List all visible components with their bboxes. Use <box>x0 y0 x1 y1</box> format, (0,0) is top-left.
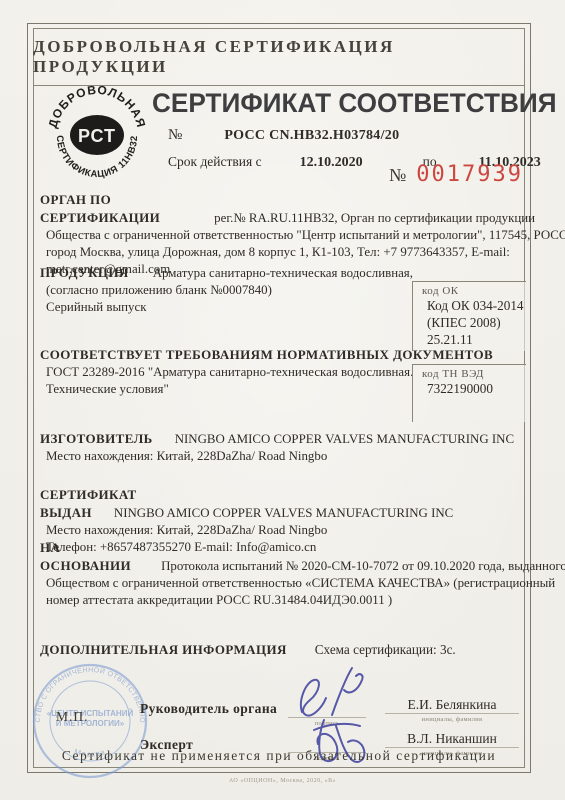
certificate-number-value: РОСС CN.HB32.H03784/20 <box>224 128 399 143</box>
compliance-label: СООТВЕТСТВУЕТ ТРЕБОВАНИЯМ НОРМАТИВНЫХ ДО… <box>40 347 493 362</box>
certificate-title: СЕРТИФИКАТ СООТВЕТСТВИЯ <box>152 88 516 119</box>
certification-body-label: ОРГАН ПО СЕРТИФИКАЦИИ <box>40 192 160 225</box>
tnved-code-label: код ТН ВЭД <box>422 368 526 380</box>
blank-serial-row: №0017939 <box>389 162 523 187</box>
logo-mark-text: РСТ <box>78 126 116 146</box>
ok-code-box: код ОК Код ОК 034-2014 (КПЕС 2008) 25.21… <box>412 281 526 351</box>
head-signature-flourish <box>332 668 363 715</box>
basis-protocol: Протокола испытаний № 2020-СМ-10-7072 от… <box>161 559 565 573</box>
tnved-code-value: 7322190000 <box>422 380 526 397</box>
certificate-number-row: №РОСС CN.HB32.H03784/20 <box>168 127 399 144</box>
basis-line: Обществом с ограниченной ответственность… <box>40 575 528 592</box>
basis-label: НА ОСНОВАНИИ <box>40 540 131 573</box>
issued-to-name: NINGBO AMICO COPPER VALVES MANUFACTURING… <box>114 506 453 520</box>
stamp-place-label: М.П. <box>56 709 89 725</box>
certification-body-reg: рег.№ RA.RU.11НВ32, Орган по сертификаци… <box>214 211 535 225</box>
expert-name-line <box>385 734 519 748</box>
certificate-page: ДОБРОВОЛЬНАЯ СЕРТИФИКАЦИЯ ПРОДУКЦИИ ДОБР… <box>0 0 565 800</box>
valid-from-date: 12.10.2020 <box>300 155 363 170</box>
manufacturer-label: ИЗГОТОВИТЕЛЬ <box>40 431 153 446</box>
section-additional-info: ДОПОЛНИТЕЛЬНАЯ ИНФОРМАЦИЯСхема сертифика… <box>40 641 528 659</box>
validity-label: Срок действия с <box>168 154 262 169</box>
head-name-line <box>385 700 519 714</box>
head-signature-stroke <box>301 680 326 716</box>
section-basis: НА ОСНОВАНИИПротокола испытаний № 2020-С… <box>40 539 528 609</box>
certification-body-line: Общества с ограниченной ответственностью… <box>40 227 528 244</box>
banner-title: ДОБРОВОЛЬНАЯ СЕРТИФИКАЦИЯ ПРОДУКЦИИ <box>33 28 525 85</box>
footer-note: Сертификат не применяется при обязательн… <box>33 748 525 764</box>
head-role-label: Руководитель органа <box>140 701 277 717</box>
product-name: Арматура санитарно-техническая водосливн… <box>153 266 413 280</box>
issued-to-line: Место нахождения: Китай, 228DaZha/ Road … <box>40 522 528 539</box>
ok-code-line: (КПЕС 2008) <box>422 314 526 331</box>
tnved-code-box: код ТН ВЭД 7322190000 <box>412 364 526 422</box>
ok-code-line: Код ОК 034-2014 <box>422 297 526 314</box>
product-label: ПРОДУКЦИЯ <box>40 265 129 280</box>
manufacturer-name: NINGBO AMICO COPPER VALVES MANUFACTURING… <box>175 432 514 446</box>
additional-info-label: ДОПОЛНИТЕЛЬНАЯ ИНФОРМАЦИЯ <box>40 642 287 657</box>
print-footer: АО «ОПЦИОН», Москва, 2020, «В» <box>0 778 565 784</box>
ok-code-label: код ОК <box>422 285 526 297</box>
certification-body-line: город Москва, улица Дорожная, дом 8 корп… <box>40 244 528 261</box>
additional-info-value: Схема сертификации: 3с. <box>315 642 456 657</box>
blank-serial-label: № <box>389 165 406 185</box>
rostest-logo: ДОБРОВОЛЬНАЯ СЕРТИФИКАЦИЯ 11НВ32 РСТ <box>44 79 150 183</box>
section-manufacturer: ИЗГОТОВИТЕЛЬNINGBO AMICO COPPER VALVES M… <box>40 430 528 465</box>
head-name-caption: инициалы, фамилия <box>385 716 519 723</box>
certificate-number-label: № <box>168 127 182 143</box>
blank-serial-number: 0017939 <box>416 162 523 187</box>
manufacturer-line: Место нахождения: Китай, 228DaZha/ Road … <box>40 448 528 465</box>
basis-line: номер аттестата аккредитации РОСС RU.314… <box>40 592 528 609</box>
rostest-logo-icon: ДОБРОВОЛЬНАЯ СЕРТИФИКАЦИЯ 11НВ32 РСТ <box>44 79 150 183</box>
